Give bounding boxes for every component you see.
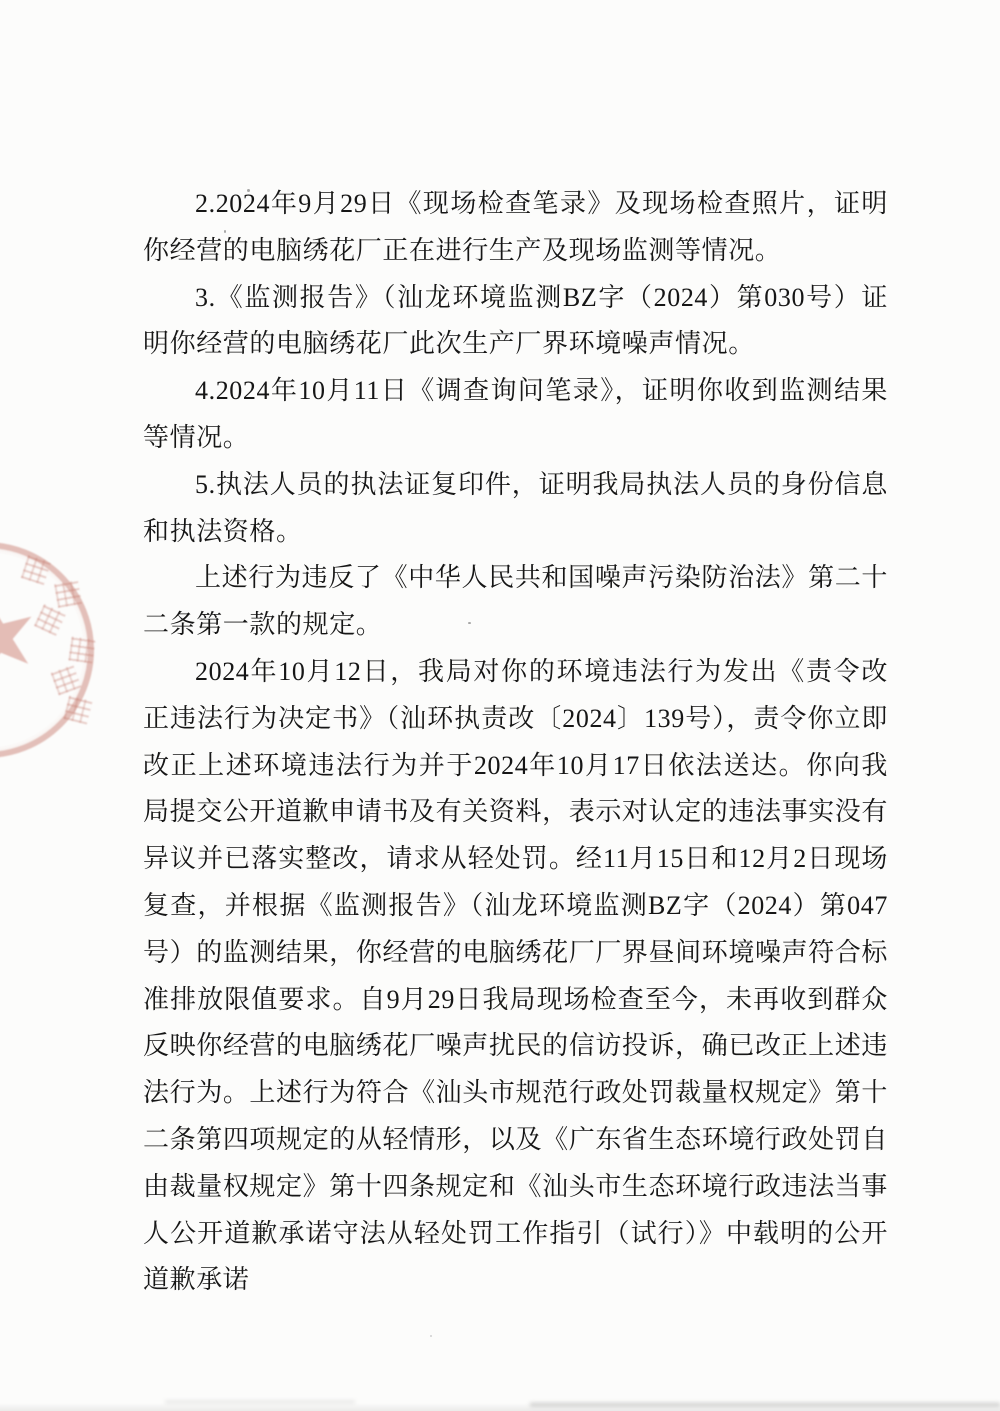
scanned-document-page: ★ 2.2024年9月29日《现场检查笔录》及现场检查照片，证明你经营的电脑绣花…	[0, 0, 1000, 1411]
seal-character-mark	[63, 695, 92, 724]
document-body: 2.2024年9月29日《现场检查笔录》及现场检查照片，证明你经营的电脑绣花厂正…	[143, 181, 888, 1304]
scan-speck	[430, 1335, 432, 1337]
paragraph-evidence-item-5: 5.执法人员的执法证复印件，证明我局执法人员的身份信息和执法资格。	[143, 462, 888, 556]
seal-character-mark	[21, 555, 51, 585]
scan-edge-shadow	[165, 1401, 355, 1403]
paragraph-correction-and-mitigation: 2024年10月12日，我局对你的环境违法行为发出《责令改正违法行为决定书》（汕…	[143, 649, 888, 1304]
seal-character-mark	[54, 580, 82, 608]
paragraph-evidence-item-2: 2.2024年9月29日《现场检查笔录》及现场检查照片，证明你经营的电脑绣花厂正…	[143, 181, 888, 275]
scan-edge-shadow	[530, 1403, 1000, 1406]
seal-ring	[0, 542, 94, 758]
seal-character-mark	[34, 604, 66, 636]
seal-star-icon: ★	[0, 577, 52, 696]
paragraph-evidence-item-3: 3.《监测报告》（汕龙环境监测BZ字（2024）第030号）证明你经营的电脑绣花…	[143, 275, 888, 369]
paragraph-violation-statement: 上述行为违反了《中华人民共和国噪声污染防治法》第二十二条第一款的规定。	[143, 555, 888, 649]
official-seal-stamp: ★	[0, 542, 94, 758]
seal-character-mark	[68, 636, 95, 663]
seal-character-mark	[51, 665, 82, 696]
paragraph-evidence-item-4: 4.2024年10月11日《调查询问笔录》，证明你收到监测结果等情况。	[143, 368, 888, 462]
scan-edge-fade	[0, 1403, 1000, 1411]
